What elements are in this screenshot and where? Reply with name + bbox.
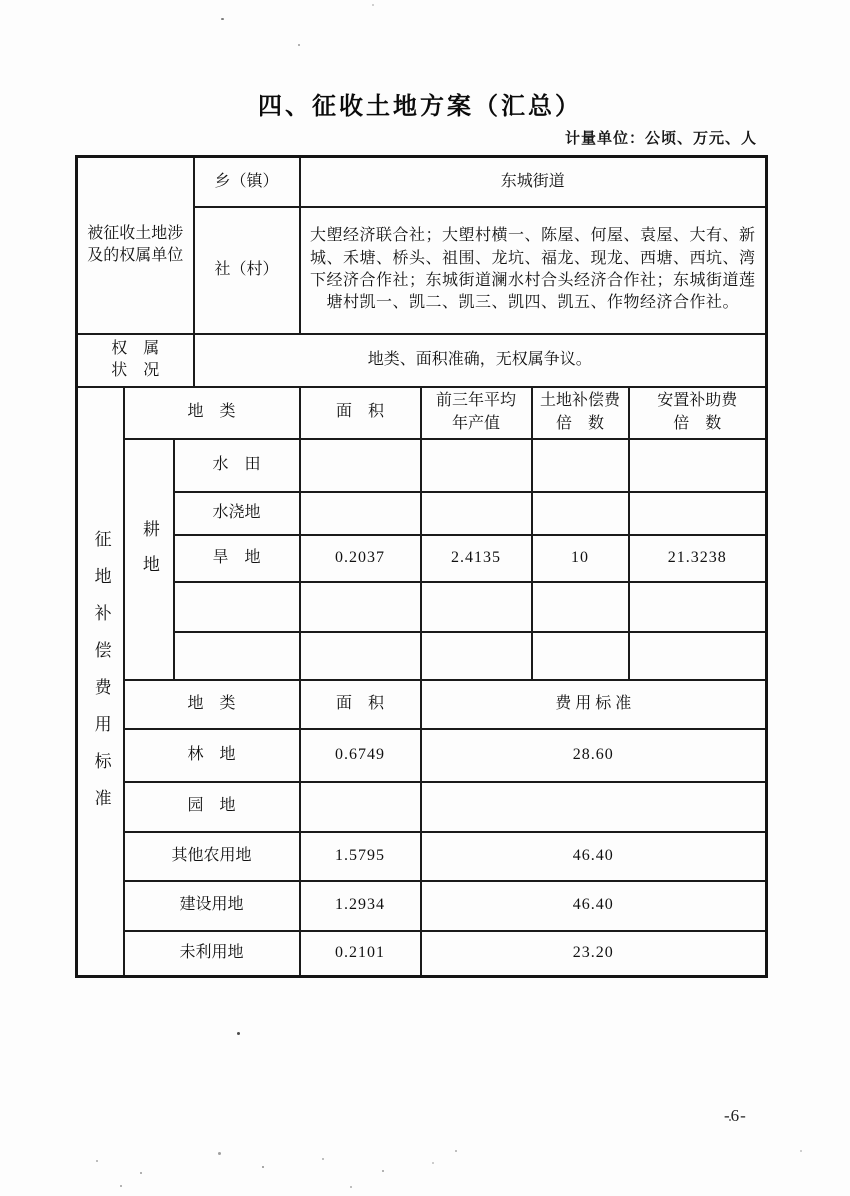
side-label-cell: 征地补偿费用标准 bbox=[77, 387, 124, 977]
village-label-cell: 社（村） bbox=[194, 207, 300, 334]
row-township: 被征收土地涉 及的权属单位 乡（镇） 东城街道 bbox=[77, 157, 767, 207]
area-cell bbox=[300, 782, 421, 832]
area-cell bbox=[300, 632, 421, 680]
land-comp-multiple-cell: 10 bbox=[532, 535, 629, 582]
landtype-cell: 其他农用地 bbox=[124, 832, 300, 881]
resettle-multiple-cell: 21.3238 bbox=[629, 535, 767, 582]
area-cell: 0.2037 bbox=[300, 535, 421, 582]
township-value-cell: 东城街道 bbox=[300, 157, 767, 207]
table-row-empty-2 bbox=[77, 632, 767, 680]
status-value-cell: 地类、面积准确，无权属争议。 bbox=[194, 334, 767, 387]
landtype-cell: 林 地 bbox=[124, 729, 300, 782]
row-lower-header: 地 类 面 积 费 用 标 准 bbox=[77, 680, 767, 729]
landtype-cell: 水浇地 bbox=[174, 492, 300, 535]
ownership-label-cell: 被征收土地涉 及的权属单位 bbox=[77, 157, 194, 334]
landtype-cell: 水 田 bbox=[174, 439, 300, 492]
annual-output-cell bbox=[421, 632, 532, 680]
standard-cell: 46.40 bbox=[421, 881, 767, 931]
table-row-irrigated-land: 水浇地 bbox=[77, 492, 767, 535]
resettle-multiple-cell bbox=[629, 582, 767, 632]
unit-note: 计量单位：公顷、万元、人 bbox=[75, 127, 757, 148]
table-row-dry-land: 旱 地 0.2037 2.4135 10 21.3238 bbox=[77, 535, 767, 582]
land-comp-multiple-cell bbox=[532, 492, 629, 535]
annual-output-cell bbox=[421, 439, 532, 492]
landtype-cell: 建设用地 bbox=[124, 881, 300, 931]
upper-header-land-comp-multiple: 土地补偿费 倍 数 bbox=[532, 387, 629, 439]
lower-header-area: 面 积 bbox=[300, 680, 421, 729]
landtype-cell bbox=[174, 632, 300, 680]
row-ownership-status: 权 属 状 况 地类、面积准确，无权属争议。 bbox=[77, 334, 767, 387]
resettle-multiple-cell bbox=[629, 492, 767, 535]
area-cell bbox=[300, 492, 421, 535]
village-value-cell: 大塱经济联合社；大塱村横一、陈屋、何屋、袁屋、大有、新城、禾塘、桥头、祖围、龙坑… bbox=[300, 207, 767, 334]
landtype-cell: 园 地 bbox=[124, 782, 300, 832]
row-upper-header: 征地补偿费用标准 地 类 面 积 前三年平均 年产值 土地补偿费 倍 数 安置补… bbox=[77, 387, 767, 439]
standard-cell bbox=[421, 782, 767, 832]
page-number: -6- bbox=[724, 1106, 747, 1126]
table-row-other-agricultural-land: 其他农用地 1.5795 46.40 bbox=[77, 832, 767, 881]
area-cell: 0.6749 bbox=[300, 729, 421, 782]
document-title: 四、征收土地方案（汇总） bbox=[75, 86, 765, 121]
landtype-cell: 未利用地 bbox=[124, 931, 300, 977]
resettle-multiple-cell bbox=[629, 632, 767, 680]
table-row-unused-land: 未利用地 0.2101 23.20 bbox=[77, 931, 767, 977]
area-cell bbox=[300, 582, 421, 632]
standard-cell: 23.20 bbox=[421, 931, 767, 977]
township-label-cell: 乡（镇） bbox=[194, 157, 300, 207]
upper-header-landtype: 地 类 bbox=[124, 387, 300, 439]
area-cell bbox=[300, 439, 421, 492]
annual-output-cell bbox=[421, 492, 532, 535]
annual-output-cell bbox=[421, 582, 532, 632]
upper-header-area: 面 积 bbox=[300, 387, 421, 439]
landtype-cell: 旱 地 bbox=[174, 535, 300, 582]
lower-header-standard: 费 用 标 准 bbox=[421, 680, 767, 729]
lower-header-landtype: 地 类 bbox=[124, 680, 300, 729]
cultivated-land-label: 耕地 bbox=[139, 520, 158, 590]
table-row-empty-1 bbox=[77, 582, 767, 632]
land-comp-multiple-cell bbox=[532, 632, 629, 680]
document-page: 四、征收土地方案（汇总） 计量单位：公顷、万元、人 被征收土地涉 及的权属单位 … bbox=[0, 0, 850, 1196]
table-row-paddy-field: 耕地 水 田 bbox=[77, 439, 767, 492]
table-row-forest-land: 林 地 0.6749 28.60 bbox=[77, 729, 767, 782]
land-acquisition-table: 被征收土地涉 及的权属单位 乡（镇） 东城街道 社（村） 大塱经济联合社；大塱村… bbox=[75, 155, 768, 978]
area-cell: 1.2934 bbox=[300, 881, 421, 931]
land-comp-multiple-cell bbox=[532, 439, 629, 492]
upper-header-resettle-multiple: 安置补助费 倍 数 bbox=[629, 387, 767, 439]
resettle-multiple-cell bbox=[629, 439, 767, 492]
upper-header-annual-output: 前三年平均 年产值 bbox=[421, 387, 532, 439]
landtype-cell bbox=[174, 582, 300, 632]
land-comp-multiple-cell bbox=[532, 582, 629, 632]
table-row-construction-land: 建设用地 1.2934 46.40 bbox=[77, 881, 767, 931]
standard-cell: 46.40 bbox=[421, 832, 767, 881]
status-label-cell: 权 属 状 况 bbox=[77, 334, 194, 387]
side-label: 征地补偿费用标准 bbox=[91, 530, 110, 826]
cultivated-land-group-cell: 耕地 bbox=[124, 439, 174, 680]
standard-cell: 28.60 bbox=[421, 729, 767, 782]
table-row-garden-land: 园 地 bbox=[77, 782, 767, 832]
annual-output-cell: 2.4135 bbox=[421, 535, 532, 582]
area-cell: 1.5795 bbox=[300, 832, 421, 881]
area-cell: 0.2101 bbox=[300, 931, 421, 977]
